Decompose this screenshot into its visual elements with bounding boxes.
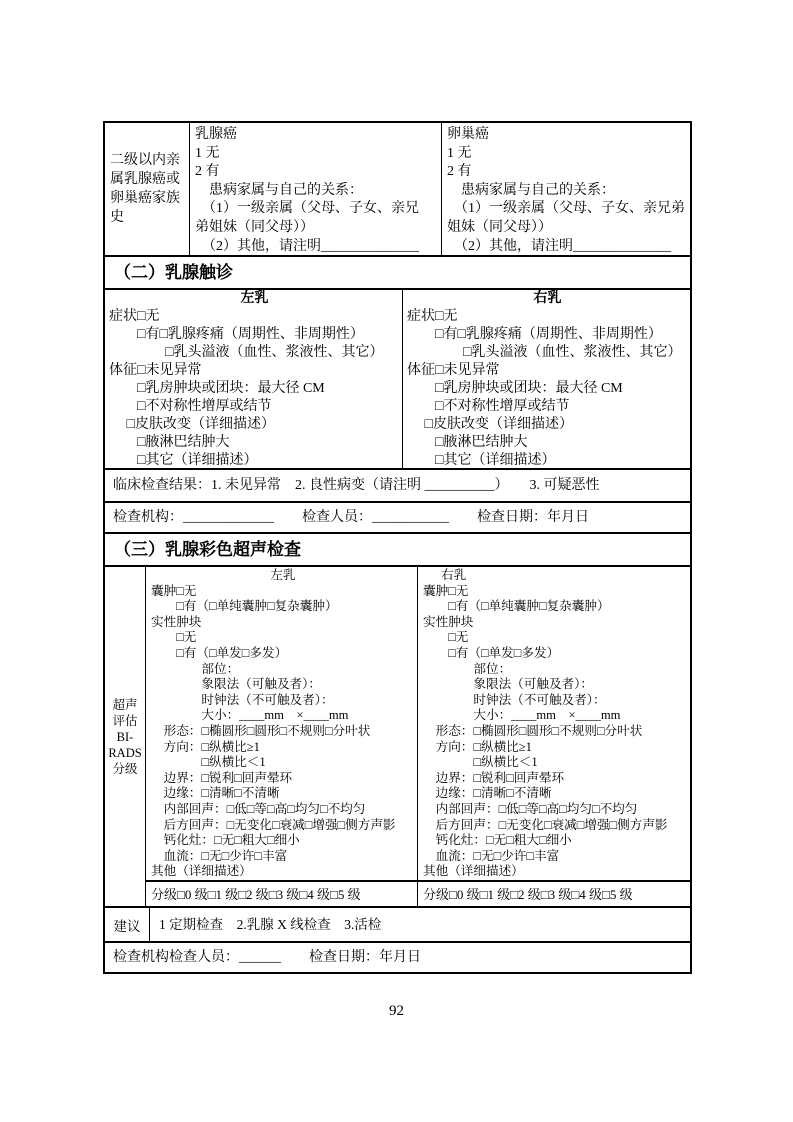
- form-line: 形态：□椭圆形□圆形□不规则□分叶状: [423, 724, 688, 740]
- right-breast-header: 右乳: [423, 568, 688, 584]
- form-line: □有（□单纯囊肿□复杂囊肿）: [423, 599, 688, 615]
- suggestion-row: 建议 1 定期检查 2.乳腺 X 线检查 3.活检: [105, 906, 690, 941]
- form-line: □有（□单纯囊肿□复杂囊肿）: [151, 599, 415, 615]
- form-line: □腋淋巴结肿大: [407, 434, 688, 452]
- form-line: 囊肿□无: [423, 584, 688, 600]
- form-line: □乳房肿块或团块：最大径 CM: [407, 380, 688, 398]
- form-line: 1 无: [447, 145, 688, 164]
- form-line: 血流：□无□少许□丰富: [423, 849, 688, 865]
- ultrasound-main: 左乳 囊肿□无 □有（□单纯囊肿□复杂囊肿）实性肿块 □无 □有（□单发□多发）…: [146, 567, 690, 906]
- form-line: 弟姐妹（同父母））: [195, 219, 439, 238]
- palpation-left-breast-cell: 左乳 症状□无 □有□乳腺疼痛（周期性、非周期性） □乳头溢液（血性、浆液性、其…: [105, 290, 403, 468]
- section-title-palpation: （二）乳腺触诊: [105, 255, 690, 288]
- form-line: 分级: [112, 761, 137, 777]
- form-line: 实性肿块: [151, 615, 415, 631]
- family-history-label: 二级以内亲属乳腺癌或卵巢癌家族史: [105, 123, 190, 255]
- form-line: 1 无: [195, 145, 439, 164]
- form-line: 后方回声：□无变化□衰减□增强□侧方声影: [423, 818, 688, 834]
- form-line: 症状□无: [109, 308, 400, 326]
- form-line: □其它（详细描述）: [407, 452, 688, 470]
- form-line: 钙化灶：□无□粗大□细小: [423, 833, 688, 849]
- form-line: 大小：____mm ×____mm: [151, 708, 415, 724]
- form-line: □腋淋巴结肿大: [109, 434, 400, 452]
- form-line: 后方回声：□无变化□衰减□增强□侧方声影: [151, 818, 415, 834]
- birads-side-label: 超声评估BI-RADS分级: [105, 567, 146, 906]
- form-line: （2）其他，请注明______________: [195, 238, 439, 257]
- examination-form-table: 二级以内亲属乳腺癌或卵巢癌家族史 乳腺癌1 无2 有 患病家属与自己的关系： （…: [103, 121, 692, 974]
- form-line: 边缘：□清晰□不清晰: [423, 786, 688, 802]
- palpation-right-breast-cell: 右乳 症状□无 □有□乳腺疼痛（周期性、非周期性） □乳头溢液（血性、浆液性、其…: [403, 290, 690, 468]
- palpation-body: 左乳 症状□无 □有□乳腺疼痛（周期性、非周期性） □乳头溢液（血性、浆液性、其…: [105, 288, 690, 468]
- form-line: 边界：□锐利□回声晕环: [423, 771, 688, 787]
- grade-right-cell: 分级□0 级□1 级□2 级□3 级□4 级□5 级: [418, 882, 690, 908]
- form-line: □纵横比＜1: [423, 755, 688, 771]
- suggestion-content: 1 定期检查 2.乳腺 X 线检查 3.活检: [150, 908, 690, 941]
- form-line: □有（□单发□多发）: [151, 646, 415, 662]
- form-line: 方向：□纵横比≥1: [423, 740, 688, 756]
- form-line: RADS: [108, 745, 141, 761]
- form-line: □皮肤改变（详细描述）: [109, 416, 400, 434]
- ovarian-cancer-history-cell: 卵巢癌1 无2 有 患病家属与自己的关系： （1）一级亲属（父母、子女、亲兄弟姐…: [442, 123, 690, 255]
- form-line: □乳头溢液（血性、浆液性、其它）: [407, 344, 688, 362]
- left-breast-header: 左乳: [109, 290, 400, 308]
- form-line: 超声: [112, 697, 137, 713]
- form-line: □皮肤改变（详细描述）: [407, 416, 688, 434]
- grade-left-cell: 分级□0 级□1 级□2 级□3 级□4 级□5 级: [146, 882, 418, 908]
- form-line: 形态：□椭圆形□圆形□不规则□分叶状: [151, 724, 415, 740]
- form-line: 实性肿块: [423, 615, 688, 631]
- form-line: （1）一级亲属（父母、子女、亲兄: [195, 200, 439, 219]
- form-line: 症状□无: [407, 308, 688, 326]
- form-line: BI-: [117, 729, 134, 745]
- form-line: 卵巢癌: [447, 126, 688, 145]
- form-line: 内部回声：□低□等□高□均匀□不均匀: [423, 802, 688, 818]
- ultrasound-right-breast-cell: 右乳 囊肿□无 □有（□单纯囊肿□复杂囊肿）实性肿块 □无 □有（□单发□多发）…: [418, 567, 690, 880]
- examination-org-row: 检查机构：_____________ 检查人员：___________ 检查日期…: [105, 501, 690, 532]
- form-line: □其它（详细描述）: [109, 452, 400, 470]
- ultrasound-body: 超声评估BI-RADS分级 左乳 囊肿□无 □有（□单纯囊肿□复杂囊肿）实性肿块…: [105, 565, 690, 906]
- form-line: 评估: [112, 713, 137, 729]
- right-breast-header: 右乳: [407, 290, 688, 308]
- form-line: 时钟法（不可触及者）：: [423, 693, 688, 709]
- family-history-label-text: 二级以内亲属乳腺癌或卵巢癌家族史: [110, 151, 187, 227]
- form-line: 象限法（可触及者）：: [151, 677, 415, 693]
- form-line: 钙化灶：□无□粗大□细小: [151, 833, 415, 849]
- suggestion-label-cell: 建议: [105, 908, 150, 941]
- form-line: 2 有: [195, 163, 439, 182]
- form-line: 其他（详细描述）: [151, 864, 415, 880]
- form-line: 方向：□纵横比≥1: [151, 740, 415, 756]
- ultrasound-left-lines: 囊肿□无 □有（□单纯囊肿□复杂囊肿）实性肿块 □无 □有（□单发□多发） 部位…: [151, 584, 415, 880]
- form-line: 其他（详细描述）: [423, 864, 688, 880]
- form-line: 象限法（可触及者）：: [423, 677, 688, 693]
- form-line: 部位：: [423, 662, 688, 678]
- form-line: （1）一级亲属（父母、子女、亲兄弟: [447, 200, 688, 219]
- form-line: 2 有: [447, 163, 688, 182]
- form-line: □乳头溢液（血性、浆液性、其它）: [109, 344, 400, 362]
- form-line: □不对称性增厚或结节: [109, 398, 400, 416]
- palpation-right-lines: 症状□无 □有□乳腺疼痛（周期性、非周期性） □乳头溢液（血性、浆液性、其它）体…: [407, 308, 688, 470]
- birads-grade-row: 分级□0 级□1 级□2 级□3 级□4 级□5 级 分级□0 级□1 级□2 …: [146, 880, 690, 908]
- breast-cancer-history-cell: 乳腺癌1 无2 有 患病家属与自己的关系： （1）一级亲属（父母、子女、亲兄弟姐…: [190, 123, 442, 255]
- left-breast-header: 左乳: [151, 568, 415, 584]
- form-line: （2）其他，请注明______________: [447, 238, 688, 257]
- form-line: 大小：____mm ×____mm: [423, 708, 688, 724]
- form-line: □无: [151, 630, 415, 646]
- section-title-ultrasound: （三）乳腺彩色超声检查: [105, 532, 690, 565]
- form-line: 内部回声：□低□等□高□均匀□不均匀: [151, 802, 415, 818]
- form-line: □纵横比＜1: [151, 755, 415, 771]
- form-line: 姐妹（同父母））: [447, 219, 688, 238]
- form-line: 边缘：□清晰□不清晰: [151, 786, 415, 802]
- form-line: 血流：□无□少许□丰富: [151, 849, 415, 865]
- form-line: 时钟法（不可触及者）：: [151, 693, 415, 709]
- form-line: 体征□未见异常: [407, 362, 688, 380]
- ultrasound-content: 左乳 囊肿□无 □有（□单纯囊肿□复杂囊肿）实性肿块 □无 □有（□单发□多发）…: [146, 567, 690, 880]
- palpation-left-lines: 症状□无 □有□乳腺疼痛（周期性、非周期性） □乳头溢液（血性、浆液性、其它）体…: [109, 308, 400, 470]
- document-page: 二级以内亲属乳腺癌或卵巢癌家族史 乳腺癌1 无2 有 患病家属与自己的关系： （…: [0, 0, 793, 1122]
- clinical-result-row: 临床检查结果：1. 未见异常 2. 良性病变（请注明 __________） 3…: [105, 468, 690, 501]
- form-line: 乳腺癌: [195, 126, 439, 145]
- form-line: 囊肿□无: [151, 584, 415, 600]
- form-line: □有（□单发□多发）: [423, 646, 688, 662]
- form-line: □乳房肿块或团块：最大径 CM: [109, 380, 400, 398]
- examiner-footer-row: 检查机构检查人员：______ 检查日期：年月日: [105, 941, 690, 972]
- form-line: 患病家属与自己的关系：: [195, 182, 439, 201]
- form-line: □无: [423, 630, 688, 646]
- ultrasound-left-breast-cell: 左乳 囊肿□无 □有（□单纯囊肿□复杂囊肿）实性肿块 □无 □有（□单发□多发）…: [146, 567, 418, 880]
- form-line: □有□乳腺疼痛（周期性、非周期性）: [407, 326, 688, 344]
- form-line: □有□乳腺疼痛（周期性、非周期性）: [109, 326, 400, 344]
- form-line: 体征□未见异常: [109, 362, 400, 380]
- form-line: 患病家属与自己的关系：: [447, 182, 688, 201]
- page-number: 92: [0, 1003, 793, 1020]
- form-line: □不对称性增厚或结节: [407, 398, 688, 416]
- ultrasound-right-lines: 囊肿□无 □有（□单纯囊肿□复杂囊肿）实性肿块 □无 □有（□单发□多发） 部位…: [423, 584, 688, 880]
- form-line: 边界：□锐利□回声晕环: [151, 771, 415, 787]
- family-history-row: 二级以内亲属乳腺癌或卵巢癌家族史 乳腺癌1 无2 有 患病家属与自己的关系： （…: [105, 123, 690, 255]
- form-line: 部位：: [151, 662, 415, 678]
